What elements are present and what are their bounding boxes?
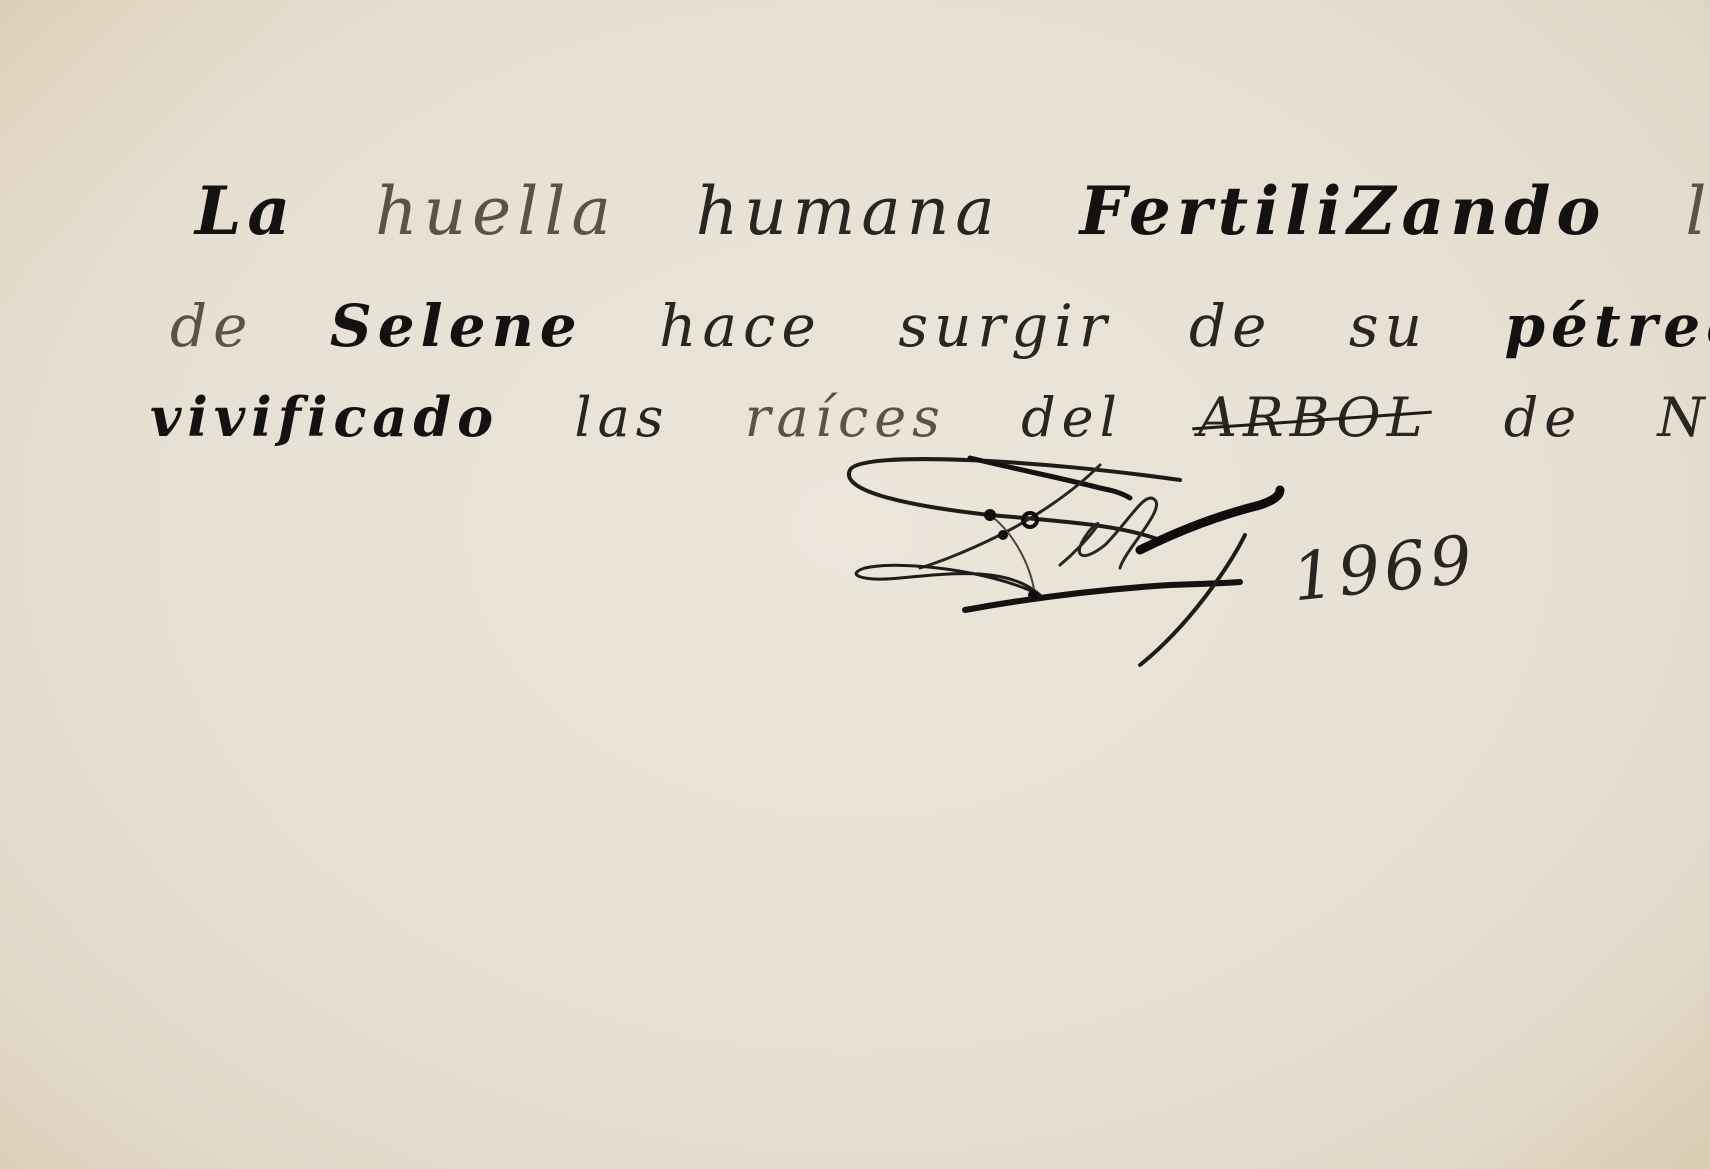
word-crossed: ARBOL xyxy=(1198,386,1428,449)
word: huella xyxy=(375,173,617,250)
word: humana xyxy=(696,173,1001,250)
word: pétreo xyxy=(1504,292,1710,360)
word: Selene xyxy=(330,292,583,360)
text-line-1: La huella humana FertiliZando los entrañ… xyxy=(195,172,1710,250)
word: los xyxy=(1685,173,1710,250)
word: raíces xyxy=(745,386,946,449)
word: FertiliZando xyxy=(1080,172,1607,250)
word: de xyxy=(1504,386,1583,449)
word: de xyxy=(170,292,253,360)
word: La xyxy=(195,172,296,250)
word: surgir xyxy=(898,292,1112,360)
word: Navidades xyxy=(1657,386,1710,449)
text-line-3: vivificado las raíces del ARBOL de Navid… xyxy=(150,385,1710,449)
word: su xyxy=(1349,292,1428,360)
word: las xyxy=(574,386,669,449)
text-line-2: de Selene hace surgir de su pétreo regaz… xyxy=(170,292,1710,360)
word: hace xyxy=(659,292,822,360)
paper-sheet: La huella humana FertiliZando los entrañ… xyxy=(0,0,1710,1169)
word: vivificado xyxy=(150,385,499,449)
word: del xyxy=(1021,386,1123,449)
word: de xyxy=(1189,292,1272,360)
